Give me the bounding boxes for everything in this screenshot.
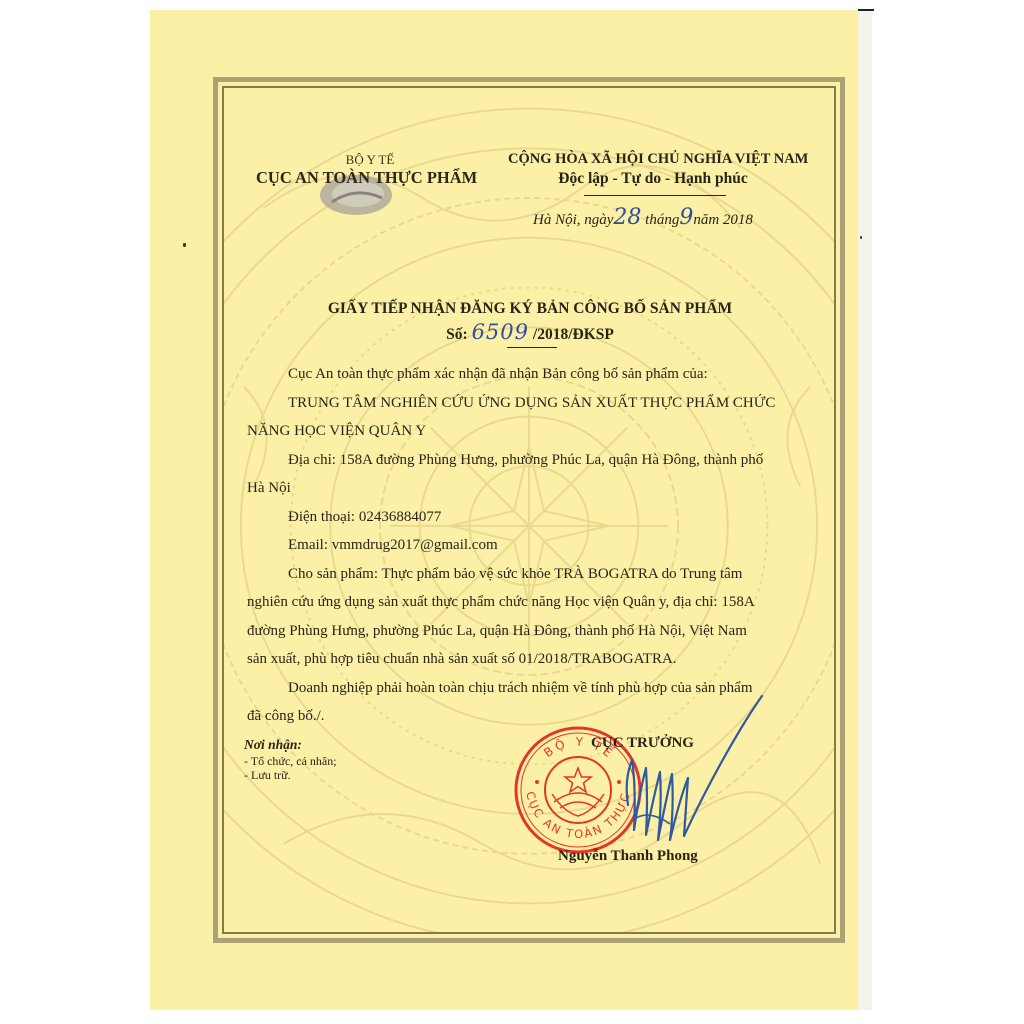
handwritten-signature-icon: [600, 690, 770, 860]
issue-date: Hà Nội, ngày28 tháng9năm 2018: [533, 205, 753, 230]
recipient-item: - Tổ chức, cá nhân;: [244, 754, 337, 769]
scan-speck: [183, 243, 186, 247]
paper-edge: [858, 10, 872, 1010]
agency-name: CỤC AN TOÀN THỰC PHẨM: [256, 168, 477, 188]
date-month: 9: [679, 205, 693, 230]
email-line: Email: vmmdrug2017@gmail.com: [288, 537, 498, 554]
recipients-title: Nơi nhận:: [244, 737, 302, 753]
recipient-item: - Lưu trữ.: [244, 768, 291, 783]
national-motto: Độc lập - Tự do - Hạnh phúc: [508, 170, 798, 188]
number-value: 6509: [472, 320, 529, 344]
document-number: Số: 6509 /2018/ĐKSP: [240, 320, 820, 344]
scan-speck: [860, 236, 862, 239]
organization-line-2: NĂNG HỌC VIỆN QUÂN Y: [247, 423, 426, 440]
date-place: Hà Nội, ngày: [533, 212, 613, 228]
number-suffix: /2018/ĐKSP: [533, 326, 614, 343]
ministry-name: BỘ Y TẾ: [300, 152, 440, 168]
title-underline: [507, 347, 557, 348]
date-month-label: tháng: [645, 212, 679, 228]
signer-name: Nguyễn Thanh Phong: [558, 848, 698, 865]
republic-name: CỘNG HÒA XÃ HỘI CHỦ NGHĨA VIỆT NAM: [508, 151, 798, 168]
phone-line: Điện thoại: 02436884077: [288, 509, 441, 526]
product-line-2: nghiên cứu ứng dụng sản xuất thực phẩm c…: [247, 594, 755, 611]
document-title: GIẤY TIẾP NHẬN ĐĂNG KÝ BẢN CÔNG BỐ SẢN P…: [240, 300, 820, 318]
organization-line-1: TRUNG TÂM NGHIÊN CỨU ỨNG DỤNG SẢN XUẤT T…: [288, 395, 775, 412]
number-label: Số:: [446, 326, 468, 343]
address-line-1: Địa chỉ: 158A đường Phùng Hưng, phường P…: [288, 452, 763, 469]
product-line-1: Cho sản phẩm: Thực phẩm bảo vệ sức khỏe …: [288, 566, 742, 583]
product-line-4: sản xuất, phù hợp tiêu chuẩn nhà sản xuấ…: [247, 651, 677, 668]
address-line-2: Hà Nội: [247, 480, 291, 497]
date-year: năm 2018: [693, 212, 753, 228]
motto-underline: [584, 195, 726, 196]
date-day: 28: [613, 205, 641, 230]
responsibility-line-2: đã công bố./.: [247, 708, 324, 725]
intro-paragraph: Cục An toàn thực phẩm xác nhận đã nhận B…: [288, 366, 708, 383]
scan-edge-mark: [858, 9, 874, 11]
product-line-3: đường Phùng Hưng, phường Phúc La, quận H…: [247, 623, 747, 640]
